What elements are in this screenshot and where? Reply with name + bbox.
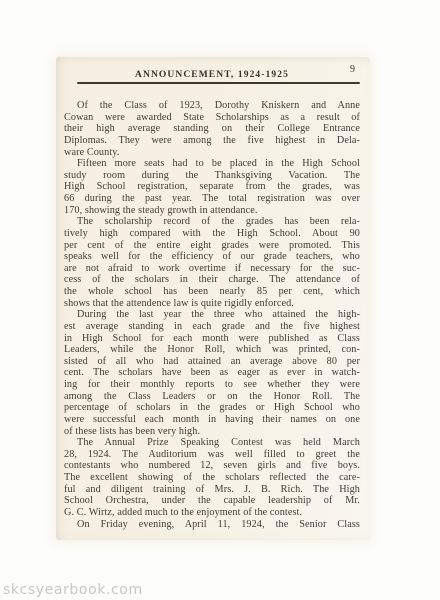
text-line: contestants who numbered 12, seven girls…: [64, 460, 360, 472]
text-line: Diplomas. They were among the five highe…: [64, 135, 360, 147]
text-line: among the Class Leaders or on the Honor …: [64, 391, 360, 403]
text-line: were successful each month in having the…: [64, 414, 360, 426]
text-line: ful and diligent training of Mrs. J. B. …: [64, 484, 360, 496]
text-line: study room during the Thanksgiving Vacat…: [64, 170, 360, 182]
text-line: Of the Class of 1923, Dorothy Kniskern a…: [64, 100, 360, 112]
text-line: 170, showing the steady growth in attend…: [64, 205, 360, 217]
text-line: Fifteen more seats had to be placed in t…: [64, 158, 360, 170]
text-line: tively high compared with the High Schoo…: [64, 228, 360, 240]
page-number: 9: [350, 64, 355, 75]
text-line: per cent of the entire eight grades were…: [64, 240, 360, 252]
text-line: School Orchestra, under the capable lead…: [64, 495, 360, 507]
text-line: their high average standing on their Col…: [64, 123, 360, 135]
text-line: G. C. Wirtz, added much to the enjoyment…: [64, 507, 360, 519]
text-line: ing for their monthly reports to see whe…: [64, 379, 360, 391]
text-line: 28, 1924. The Auditorium was well filled…: [64, 449, 360, 461]
text-line: On Friday evening, April 11, 1924, the S…: [64, 519, 360, 531]
text-line: cess of the scholars in their charge. Th…: [64, 274, 360, 286]
text-line: the whole school has been nearly 85 per …: [64, 286, 360, 298]
paragraph: Fifteen more seats had to be placed in t…: [64, 158, 360, 216]
text-line: are not afraid to work overtime if neces…: [64, 263, 360, 275]
paragraph: Of the Class of 1923, Dorothy Kniskern a…: [64, 100, 360, 158]
paragraph: During the last year the three who attai…: [64, 309, 360, 437]
text-line: ware County.: [64, 147, 360, 159]
text-line: Cowan were awarded State Scholarships as…: [64, 112, 360, 124]
text-line: 66 during the past year. The total regis…: [64, 193, 360, 205]
text-line: High School registration, separate from …: [64, 181, 360, 193]
running-title: ANNOUNCEMENT, 1924-1925: [135, 70, 289, 80]
paragraph: The scholarship record of the grades has…: [64, 216, 360, 309]
header-rule: [77, 82, 360, 84]
text-line: shows that the attendence law is quite r…: [64, 298, 360, 310]
text-line: The Annual Prize Speaking Contest was he…: [64, 437, 360, 449]
text-line: cent. The scholars have been as eager as…: [64, 367, 360, 379]
scanned-page: ANNOUNCEMENT, 1924-1925 9 Of the Class o…: [56, 57, 370, 540]
text-line: During the last year the three who attai…: [64, 309, 360, 321]
text-line: speaks well for the efficiency of our gr…: [64, 251, 360, 263]
scan-canvas: ANNOUNCEMENT, 1924-1925 9 Of the Class o…: [0, 0, 440, 600]
text-line: The excellent showing of the scholars re…: [64, 472, 360, 484]
text-line: sisted of all who had attained an averag…: [64, 356, 360, 368]
text-line: Leaders, while the Honor Roll, which was…: [64, 344, 360, 356]
page-header: ANNOUNCEMENT, 1924-1925 9: [64, 64, 360, 79]
page-body: Of the Class of 1923, Dorothy Kniskern a…: [64, 100, 360, 530]
text-line: est average standing in each grade and t…: [64, 321, 360, 333]
text-line: The scholarship record of the grades has…: [64, 216, 360, 228]
paragraph: On Friday evening, April 11, 1924, the S…: [64, 519, 360, 531]
watermark: skcsyearbook.com: [3, 582, 143, 598]
text-line: percentage of scholars in the grades or …: [64, 402, 360, 414]
text-line: in High School for each month were publi…: [64, 333, 360, 345]
text-line: of these lists has been very high.: [64, 426, 360, 438]
paragraph: The Annual Prize Speaking Contest was he…: [64, 437, 360, 518]
